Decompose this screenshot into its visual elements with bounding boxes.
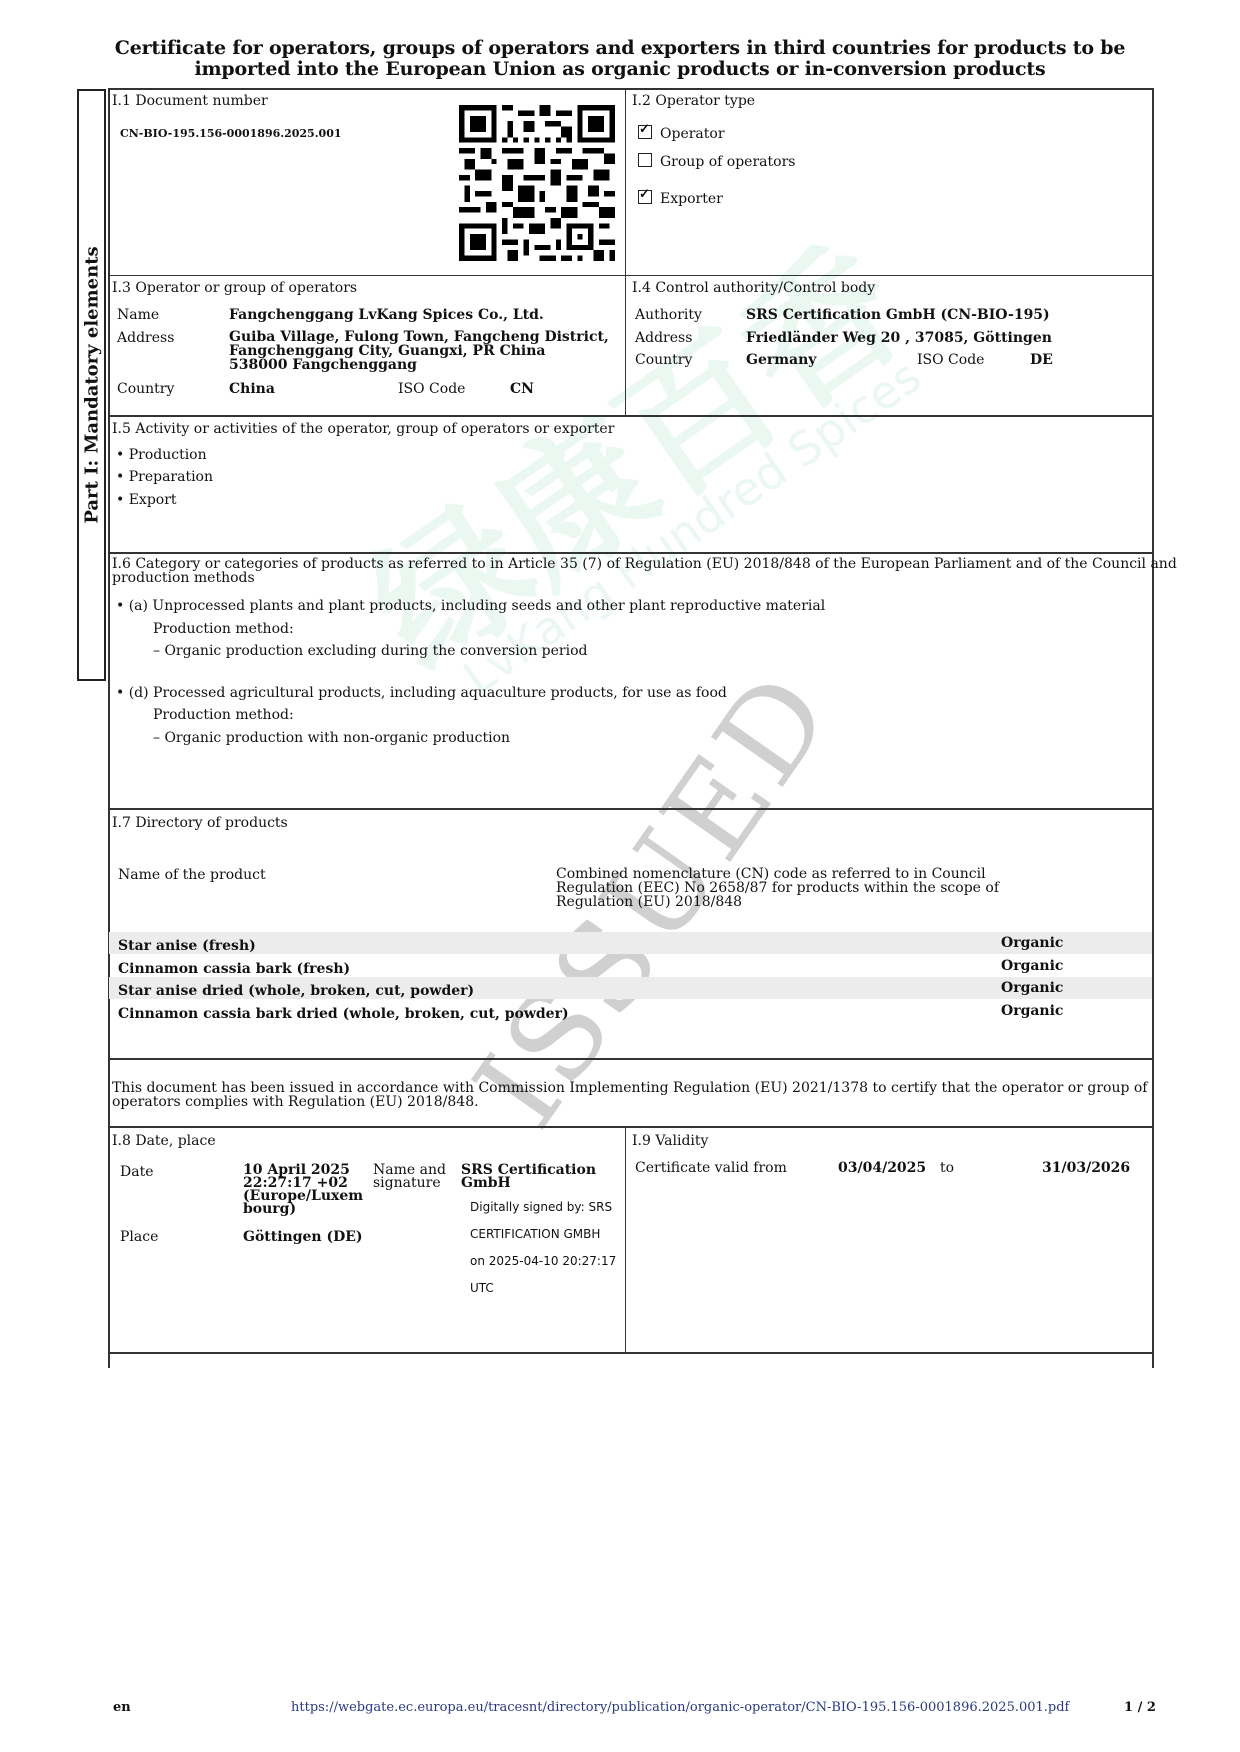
section-label-document-number: I.1 Document number: [112, 93, 268, 109]
signer-name: SRS Certification GmbH: [461, 1164, 596, 1190]
section-label-operator-type: I.2 Operator type: [632, 93, 755, 109]
signature-line: CERTIFICATION GMBH: [470, 1221, 616, 1248]
authority-address-label: Address: [635, 330, 692, 346]
part-label: Part I: Mandatory elements: [81, 246, 102, 523]
operator-country-label: Country: [117, 381, 174, 397]
category-d-method-label: Production method:: [153, 707, 294, 723]
operator-country: China: [229, 381, 275, 397]
operator-iso-code: CN: [510, 381, 534, 397]
operator-address-label: Address: [117, 330, 174, 346]
authority-address: Friedländer Weg 20 , 37085, Göttingen: [746, 330, 1052, 346]
compliance-statement: This document has been issued in accorda…: [112, 1081, 1148, 1109]
divider: [108, 808, 1154, 810]
header-line: Combined nomenclature (CN) code as refer…: [556, 867, 999, 881]
product-name: Cinnamon cassia bark (fresh): [118, 961, 350, 977]
checkbox-checked-icon[interactable]: [638, 190, 652, 204]
authority-iso-code: DE: [1030, 352, 1053, 368]
category-d-title: • (d) Processed agricultural products, i…: [116, 685, 727, 701]
product-table: Star anise (fresh) Organic Cinnamon cass…: [118, 935, 1058, 1025]
table-row: Cinnamon cassia bark (fresh) Organic: [118, 958, 1058, 981]
divider: [108, 1126, 1154, 1128]
authority-label: Authority: [635, 307, 702, 323]
checkbox-label: Operator: [660, 126, 725, 142]
authority-iso-label: ISO Code: [917, 352, 984, 368]
operator-address: Guiba Village, Fulong Town, Fangcheng Di…: [229, 330, 609, 372]
section-label-categories: I.6 Category or categories of products a…: [112, 557, 1177, 585]
divider: [108, 275, 1154, 276]
title-line-1: Certificate for operators, groups of ope…: [60, 38, 1180, 59]
title-line-2: imported into the European Union as orga…: [60, 59, 1180, 80]
language-code: en: [113, 1700, 131, 1715]
signature-line: UTC: [470, 1275, 616, 1302]
table-row: Cinnamon cassia bark dried (whole, broke…: [118, 1003, 1058, 1026]
authority-name: SRS Certification GmbH (CN-BIO-195): [746, 307, 1050, 323]
signature-line: Digitally signed by: SRS: [470, 1194, 616, 1221]
table-row: Star anise dried (whole, broken, cut, po…: [118, 980, 1058, 1003]
section-label-control-body: I.4 Control authority/Control body: [632, 280, 875, 296]
valid-to-date: 31/03/2026: [1042, 1160, 1130, 1176]
operator-name: Fangchenggang LvKang Spices Co., Ltd.: [229, 307, 544, 323]
publication-url-link[interactable]: https://webgate.ec.europa.eu/tracesnt/di…: [291, 1700, 1069, 1715]
label-line: signature: [373, 1177, 446, 1190]
checkbox-checked-icon[interactable]: [638, 125, 652, 139]
statement-line: operators complies with Regulation (EU) …: [112, 1095, 1148, 1109]
section-label-date-place: I.8 Date, place: [112, 1133, 216, 1149]
place-label: Place: [120, 1229, 158, 1245]
address-line: 538000 Fangchenggang: [229, 358, 609, 372]
divider: [108, 415, 1154, 417]
category-a-method: – Organic production excluding during th…: [153, 643, 588, 659]
category-a-method-label: Production method:: [153, 621, 294, 637]
label-line: production methods: [112, 571, 1177, 585]
checkbox-operator[interactable]: Operator: [638, 125, 725, 142]
page-number: 1 / 2: [1124, 1700, 1156, 1715]
divider: [108, 88, 1154, 90]
signature-label: Name and signature: [373, 1164, 446, 1190]
divider: [625, 89, 626, 415]
product-name: Cinnamon cassia bark dried (whole, broke…: [118, 1006, 569, 1022]
header-line: Regulation (EEC) No 2658/87 for products…: [556, 881, 999, 895]
operator-iso-label: ISO Code: [398, 381, 465, 397]
checkbox-label: Group of operators: [660, 154, 795, 170]
part-label-box: Part I: Mandatory elements: [77, 89, 106, 681]
checkbox-unchecked-icon[interactable]: [638, 153, 652, 167]
product-status: Organic: [1001, 935, 1063, 951]
qr-code-icon[interactable]: [459, 104, 615, 262]
valid-from-date: 03/04/2025: [838, 1160, 926, 1176]
signature-line: on 2025-04-10 20:27:17: [470, 1248, 616, 1275]
divider: [108, 1352, 1154, 1354]
section-label-validity: I.9 Validity: [632, 1133, 708, 1149]
date-line: bourg): [243, 1203, 363, 1216]
table-row: Star anise (fresh) Organic: [118, 935, 1058, 958]
address-line: Fangchenggang City, Guangxi, PR China: [229, 344, 609, 358]
activity-item: • Preparation: [116, 469, 213, 485]
product-status: Organic: [1001, 980, 1063, 996]
signer-line: GmbH: [461, 1177, 596, 1190]
category-d-method: – Organic production with non-organic pr…: [153, 730, 510, 746]
section-label-product-directory: I.7 Directory of products: [112, 815, 288, 831]
statement-line: This document has been issued in accorda…: [112, 1081, 1148, 1095]
issue-place: Göttingen (DE): [243, 1229, 363, 1245]
digital-signature[interactable]: Digitally signed by: SRS CERTIFICATION G…: [470, 1194, 616, 1302]
checkbox-label: Exporter: [660, 191, 723, 207]
column-header-cn-code: Combined nomenclature (CN) code as refer…: [556, 867, 999, 909]
address-line: Guiba Village, Fulong Town, Fangcheng Di…: [229, 330, 609, 344]
divider: [108, 1058, 1154, 1060]
activity-item: • Production: [116, 447, 207, 463]
column-header-product-name: Name of the product: [118, 867, 266, 883]
category-a-title: • (a) Unprocessed plants and plant produ…: [116, 598, 825, 614]
product-status: Organic: [1001, 1003, 1063, 1019]
document-number: CN-BIO-195.156-0001896.2025.001: [120, 127, 342, 140]
product-name: Star anise dried (whole, broken, cut, po…: [118, 983, 474, 999]
authority-country: Germany: [746, 352, 816, 368]
checkbox-exporter[interactable]: Exporter: [638, 190, 723, 207]
valid-to-label: to: [940, 1160, 954, 1176]
divider: [108, 552, 1154, 554]
activity-item: • Export: [116, 492, 177, 508]
section-label-activities: I.5 Activity or activities of the operat…: [112, 421, 614, 437]
header-line: Regulation (EU) 2018/848: [556, 895, 999, 909]
valid-from-label: Certificate valid from: [635, 1160, 787, 1176]
section-label-operator: I.3 Operator or group of operators: [112, 280, 357, 296]
label-line: I.6 Category or categories of products a…: [112, 557, 1177, 571]
authority-country-label: Country: [635, 352, 692, 368]
issue-date: 10 April 2025 22:27:17 +02 (Europe/Luxem…: [243, 1164, 363, 1216]
operator-name-label: Name: [117, 307, 159, 323]
product-status: Organic: [1001, 958, 1063, 974]
product-name: Star anise (fresh): [118, 938, 256, 954]
certificate-title: Certificate for operators, groups of ope…: [60, 38, 1180, 80]
divider: [625, 1127, 626, 1353]
checkbox-group-of-operators[interactable]: Group of operators: [638, 153, 795, 170]
date-label: Date: [120, 1164, 153, 1180]
